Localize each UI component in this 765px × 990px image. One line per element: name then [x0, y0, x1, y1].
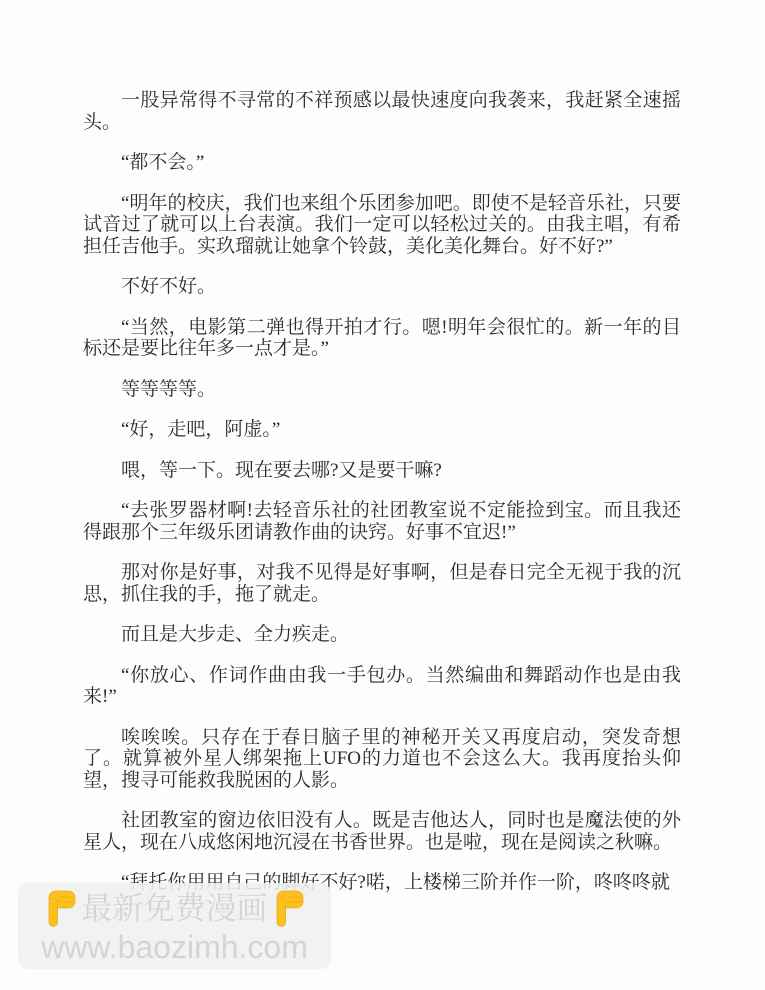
- watermark-title-row: 最新免费漫画: [46, 890, 304, 927]
- watermark-title: 最新免费漫画: [82, 893, 268, 924]
- watermark-banner[interactable]: 最新免费漫画 www.baozimh.com: [18, 883, 331, 969]
- paragraph: “都不会。”: [83, 152, 681, 174]
- paragraph: 而且是大步走、全力疾走。: [83, 624, 681, 646]
- pointing-down-hand-icon: [274, 890, 304, 927]
- paragraph: “明年的校庆，我们也来组个乐团参加吧。即使不是轻音乐社，只要试音过了就可以上台表…: [83, 193, 681, 258]
- paragraph: “当然，电影第二弹也得开拍才行。嗯!明年会很忙的。新一年的目标还是要比往年多一点…: [83, 317, 681, 360]
- paragraph: 喂，等一下。现在要去哪?又是要干嘛?: [83, 460, 681, 482]
- watermark-url: www.baozimh.com: [41, 931, 308, 963]
- paragraph: “你放心、作词作曲由我一手包办。当然编曲和舞蹈动作也是由我来!”: [83, 665, 681, 708]
- paragraph: 等等等等。: [83, 379, 681, 401]
- paragraph: 那对你是好事，对我不见得是好事啊，但是春日完全无视于我的沉思，抓住我的手，拖了就…: [83, 562, 681, 605]
- novel-text: 一股异常得不寻常的不祥预感以最快速度向我袭来，我赶紧全速摇头。 “都不会。” “…: [83, 90, 681, 894]
- paragraph: 唉唉唉。只存在于春日脑子里的神秘开关又再度启动，突发奇想了。就算被外星人绑架拖上…: [83, 727, 681, 792]
- paragraph: 一股异常得不寻常的不祥预感以最快速度向我袭来，我赶紧全速摇头。: [83, 90, 681, 133]
- paragraph: “去张罗器材啊!去轻音乐社的社团教室说不定能捡到宝。而且我还得跟那个三年级乐团请…: [83, 500, 681, 543]
- paragraph: 社团教室的窗边依旧没有人。既是吉他达人，同时也是魔法使的外星人，现在八成悠闲地沉…: [83, 810, 681, 853]
- paragraph: “好，走吧，阿虚。”: [83, 419, 681, 441]
- pointing-down-hand-icon: [46, 890, 76, 927]
- paragraph: 不好不好。: [83, 276, 681, 298]
